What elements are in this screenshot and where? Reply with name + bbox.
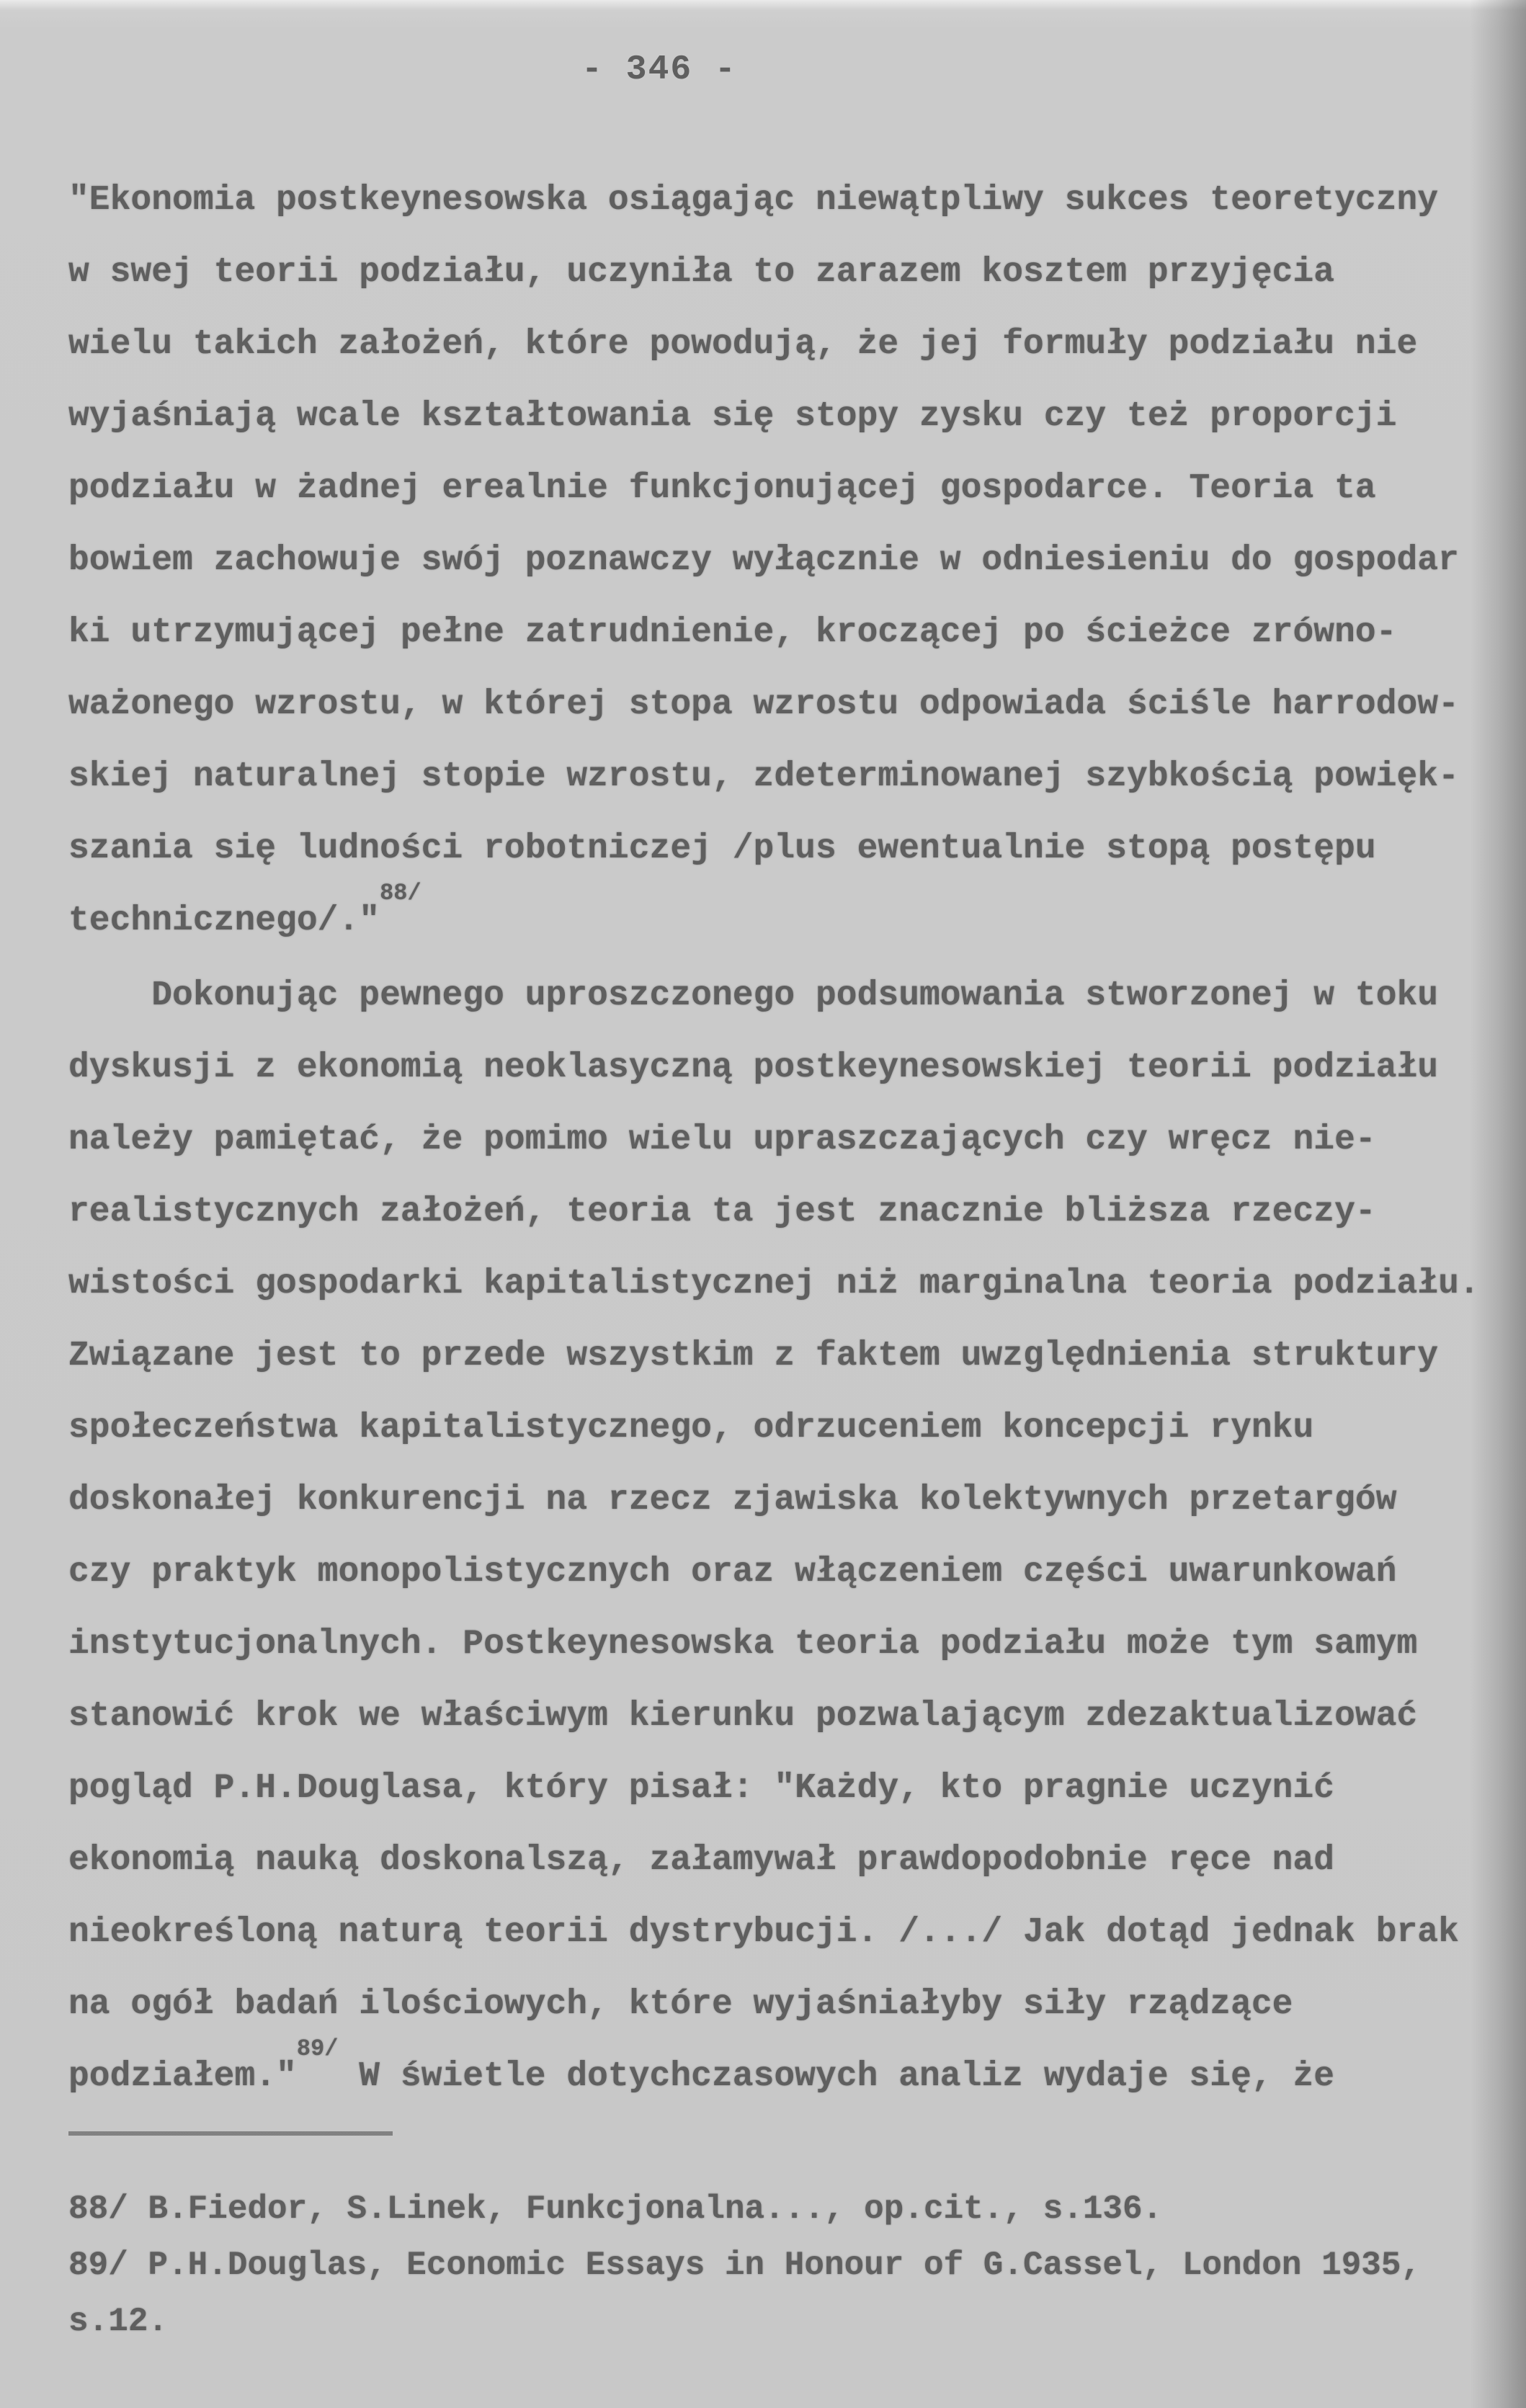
- body-line: doskonałej konkurencji na rzecz zjawiska…: [68, 1479, 1397, 1522]
- body-line: stanowić krok we właściwym kierunku pozw…: [68, 1695, 1417, 1738]
- footnote-ref-88: 88/: [380, 880, 421, 906]
- body-line: pogląd P.H.Douglasa, który pisał: "Każdy…: [68, 1767, 1334, 1810]
- footnote-ref-89: 89/: [297, 2035, 339, 2062]
- body-line: nieokreśloną naturą teorii dystrybucji. …: [68, 1911, 1459, 1954]
- body-line: należy pamiętać, że pomimo wielu upraszc…: [68, 1118, 1376, 1161]
- body-line: ważonego wzrostu, w której stopa wzrostu…: [68, 683, 1459, 726]
- body-line: wyjaśniają wcale kształtowania się stopy…: [68, 395, 1397, 438]
- body-text: W świetle dotychczasowych analiz wydaje …: [338, 2057, 1334, 2096]
- body-line: realistycznych założeń, teoria ta jest z…: [68, 1190, 1376, 1234]
- body-line: ki utrzymującej pełne zatrudnienie, kroc…: [68, 611, 1397, 654]
- body-line: na ogół badań ilościowych, które wyjaśni…: [68, 1983, 1293, 2026]
- body-line: podziału w żadnej erealnie funkcjonujące…: [68, 467, 1376, 510]
- footnote-89-continued: s.12.: [68, 2300, 168, 2343]
- body-line: bowiem zachowuje swój poznawczy wyłączni…: [68, 539, 1459, 582]
- body-line: wistości gospodarki kapitalistycznej niż…: [68, 1262, 1480, 1306]
- footnote-88: 88/ B.Fiedor, S.Linek, Funkcjonalna..., …: [68, 2188, 1162, 2231]
- body-line: wielu takich założeń, które powodują, że…: [68, 323, 1417, 366]
- body-line: szania się ludności robotniczej /plus ew…: [68, 827, 1376, 870]
- body-line: instytucjonalnych. Postkeynesowska teori…: [68, 1623, 1417, 1666]
- footnote-89: 89/ P.H.Douglas, Economic Essays in Hono…: [68, 2244, 1421, 2287]
- body-line: w swej teorii podziału, uczyniła to zara…: [68, 251, 1334, 294]
- body-line-with-footnote: technicznego/."88/: [68, 899, 421, 942]
- page-number: - 346 -: [0, 50, 1318, 89]
- body-line: skiej naturalnej stopie wzrostu, zdeterm…: [68, 755, 1459, 798]
- body-line: "Ekonomia postkeynesowska osiągając niew…: [68, 179, 1438, 222]
- footnote-separator: [68, 2131, 393, 2136]
- body-line: ekonomią nauką doskonalszą, załamywał pr…: [68, 1839, 1334, 1882]
- body-text: technicznego/.": [68, 901, 380, 940]
- body-line-with-footnote: podziałem."89/ W świetle dotychczasowych…: [68, 2055, 1334, 2098]
- body-text: podziałem.": [68, 2057, 297, 2096]
- body-line: czy praktyk monopolistycznych oraz włącz…: [68, 1551, 1397, 1594]
- body-line: Związane jest to przede wszystkim z fakt…: [68, 1334, 1438, 1378]
- body-line: społeczeństwa kapitalistycznego, odrzuce…: [68, 1406, 1313, 1450]
- body-line: dyskusji z ekonomią neoklasyczną postkey…: [68, 1046, 1438, 1089]
- paragraph-start-line: Dokonując pewnego uproszczonego podsumow…: [68, 974, 1438, 1017]
